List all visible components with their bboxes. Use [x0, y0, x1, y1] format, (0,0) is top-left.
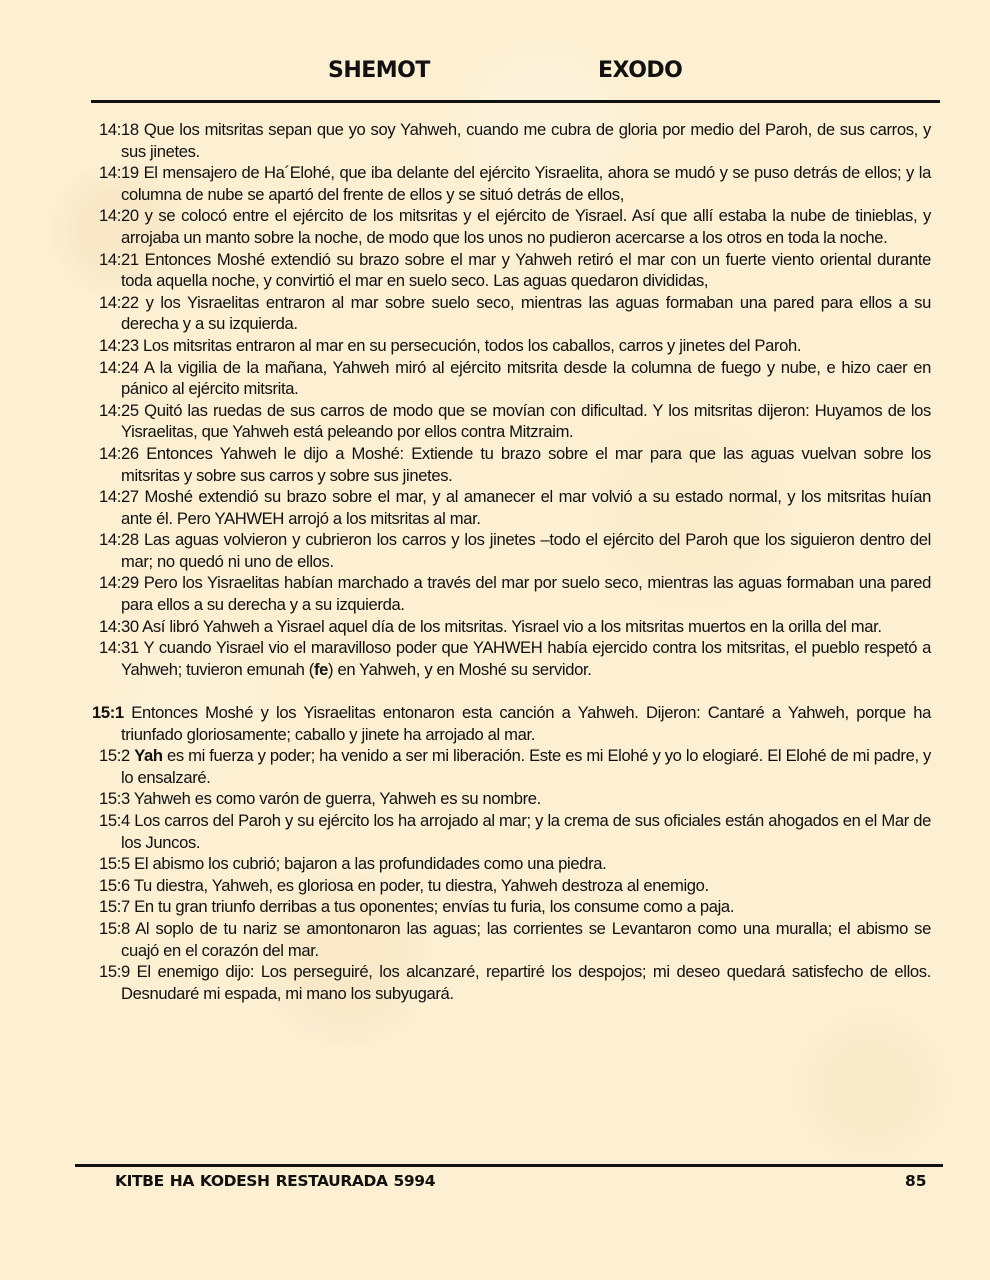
verse-text: Las aguas volvieron y cubrieron los carr…	[121, 530, 931, 571]
verse-text: El mensajero de Ha´Elohé, que iba delant…	[121, 163, 931, 204]
verse-emphasis: Yah	[134, 746, 162, 765]
verse: 14:25 Quitó las ruedas de sus carros de …	[99, 400, 931, 443]
verse-ref: 14:23	[99, 336, 139, 355]
header-book-spanish-title: EXODO	[598, 58, 682, 83]
chapter-gap	[99, 680, 931, 702]
header-divider	[91, 100, 940, 103]
footer-divider	[75, 1164, 943, 1167]
verse-text: Al soplo de tu nariz se amontonaron las …	[121, 919, 931, 960]
verse: 15:4 Los carros del Paroh y su ejército …	[99, 810, 931, 853]
verse: 14:22 y los Yisraelitas entraron al mar …	[99, 292, 931, 335]
verse-ref: 15:6	[99, 876, 130, 895]
verse: 14:19 El mensajero de Ha´Elohé, que iba …	[99, 162, 931, 205]
verse: 14:21 Entonces Moshé extendió su brazo s…	[99, 249, 931, 292]
verse-text: Que los mitsritas sepan que yo soy Yahwe…	[121, 120, 931, 161]
verse-emphasis: fe	[314, 660, 328, 679]
verse-ref: 14:22	[99, 293, 139, 312]
header-book-hebrew-title: SHEMOT	[328, 58, 430, 83]
verse-text: y se colocó entre el ejército de los mit…	[121, 206, 931, 247]
chapter-first-verse: 15:1 Entonces Moshé y los Yisraelitas en…	[92, 702, 931, 745]
verse-ref: 15:9	[99, 962, 130, 981]
verse-ref: 15:7	[99, 897, 130, 916]
verse: 15:9 El enemigo dijo: Los perseguiré, lo…	[99, 961, 931, 1004]
verse: 14:24 A la vigilia de la mañana, Yahweh …	[99, 357, 931, 400]
verse: 14:28 Las aguas volvieron y cubrieron lo…	[99, 529, 931, 572]
verse-ref: 15:2	[99, 746, 130, 765]
verse-text: El abismo los cubrió; bajaron a las prof…	[134, 854, 606, 873]
verse-text: Entonces Moshé y los Yisraelitas entonar…	[121, 703, 931, 744]
page-number: 85	[905, 1172, 927, 1190]
verse-text: y los Yisraelitas entraron al mar sobre …	[121, 293, 931, 334]
verse-text: Entonces Moshé extendió su brazo sobre e…	[121, 250, 931, 291]
verse-ref: 15:3	[99, 789, 130, 808]
verse: 14:30 Así libró Yahweh a Yisrael aquel d…	[99, 616, 931, 638]
verse-ref: 14:28	[99, 530, 139, 549]
verse: 14:18 Que los mitsritas sepan que yo soy…	[99, 119, 931, 162]
verse-text: A la vigilia de la mañana, Yahweh miró a…	[121, 358, 931, 399]
verse-ref: 14:26	[99, 444, 139, 463]
verse-ref: 14:25	[99, 401, 139, 420]
verse: 14:20 y se colocó entre el ejército de l…	[99, 205, 931, 248]
verse-text: Pero los Yisraelitas habían marchado a t…	[121, 573, 931, 614]
verse-ref: 14:31	[99, 638, 139, 657]
verse-ref: 15:5	[99, 854, 130, 873]
verse: 14:23 Los mitsritas entraron al mar en s…	[99, 335, 931, 357]
verse: 14:26 Entonces Yahweh le dijo a Moshé: E…	[99, 443, 931, 486]
verse: 14:29 Pero los Yisraelitas habían marcha…	[99, 572, 931, 615]
verse-ref: 14:18	[99, 120, 139, 139]
verse: 15:7 En tu gran triunfo derribas a tus o…	[99, 896, 931, 918]
verse-ref: 14:27	[99, 487, 139, 506]
verse-text: Moshé extendió su brazo sobre el mar, y …	[121, 487, 931, 528]
verse: 14:31 Y cuando Yisrael vio el maravillos…	[99, 637, 931, 680]
verse-ref: 15:4	[99, 811, 130, 830]
verse-text: Así libró Yahweh a Yisrael aquel día de …	[142, 617, 882, 636]
verse-text: El enemigo dijo: Los perseguiré, los alc…	[121, 962, 931, 1003]
verse: 15:8 Al soplo de tu nariz se amontonaron…	[99, 918, 931, 961]
verse: 15:2 Yah es mi fuerza y poder; ha venido…	[99, 745, 931, 788]
verse: 15:6 Tu diestra, Yahweh, es gloriosa en …	[99, 875, 931, 897]
verse-text: En tu gran triunfo derribas a tus oponen…	[134, 897, 734, 916]
verse-text: Quitó las ruedas de sus carros de modo q…	[121, 401, 931, 442]
verse-ref: 14:24	[99, 358, 139, 377]
scripture-text: 14:18 Que los mitsritas sepan que yo soy…	[99, 119, 931, 1004]
verse: 14:27 Moshé extendió su brazo sobre el m…	[99, 486, 931, 529]
verse-text: Los mitsritas entraron al mar en su pers…	[143, 336, 801, 355]
running-header: SHEMOT EXODO	[0, 58, 990, 92]
verse-text: Entonces Yahweh le dijo a Moshé: Extiend…	[121, 444, 931, 485]
verse-ref: 14:21	[99, 250, 139, 269]
verse: 15:3 Yahweh es como varón de guerra, Yah…	[99, 788, 931, 810]
verse-text: Los carros del Paroh y su ejército los h…	[121, 811, 931, 852]
verse-text: Tu diestra, Yahweh, es gloriosa en poder…	[134, 876, 709, 895]
verse-ref: 14:30	[99, 617, 139, 636]
verse-ref: 14:19	[99, 163, 139, 182]
verse-text-after: ) en Yahweh, y en Moshé su servidor.	[328, 660, 592, 679]
verse: 15:5 El abismo los cubrió; bajaron a las…	[99, 853, 931, 875]
verse-text: Yahweh es como varón de guerra, Yahweh e…	[134, 789, 541, 808]
verse-text: es mi fuerza y poder; ha venido a ser mi…	[121, 746, 931, 787]
footer-book-title: KITBE HA KODESH RESTAURADA 5994	[115, 1172, 435, 1190]
verse-ref: 14:29	[99, 573, 139, 592]
chapter-verse-ref: 15:1	[92, 703, 124, 722]
verse-ref: 14:20	[99, 206, 139, 225]
verse-ref: 15:8	[99, 919, 130, 938]
